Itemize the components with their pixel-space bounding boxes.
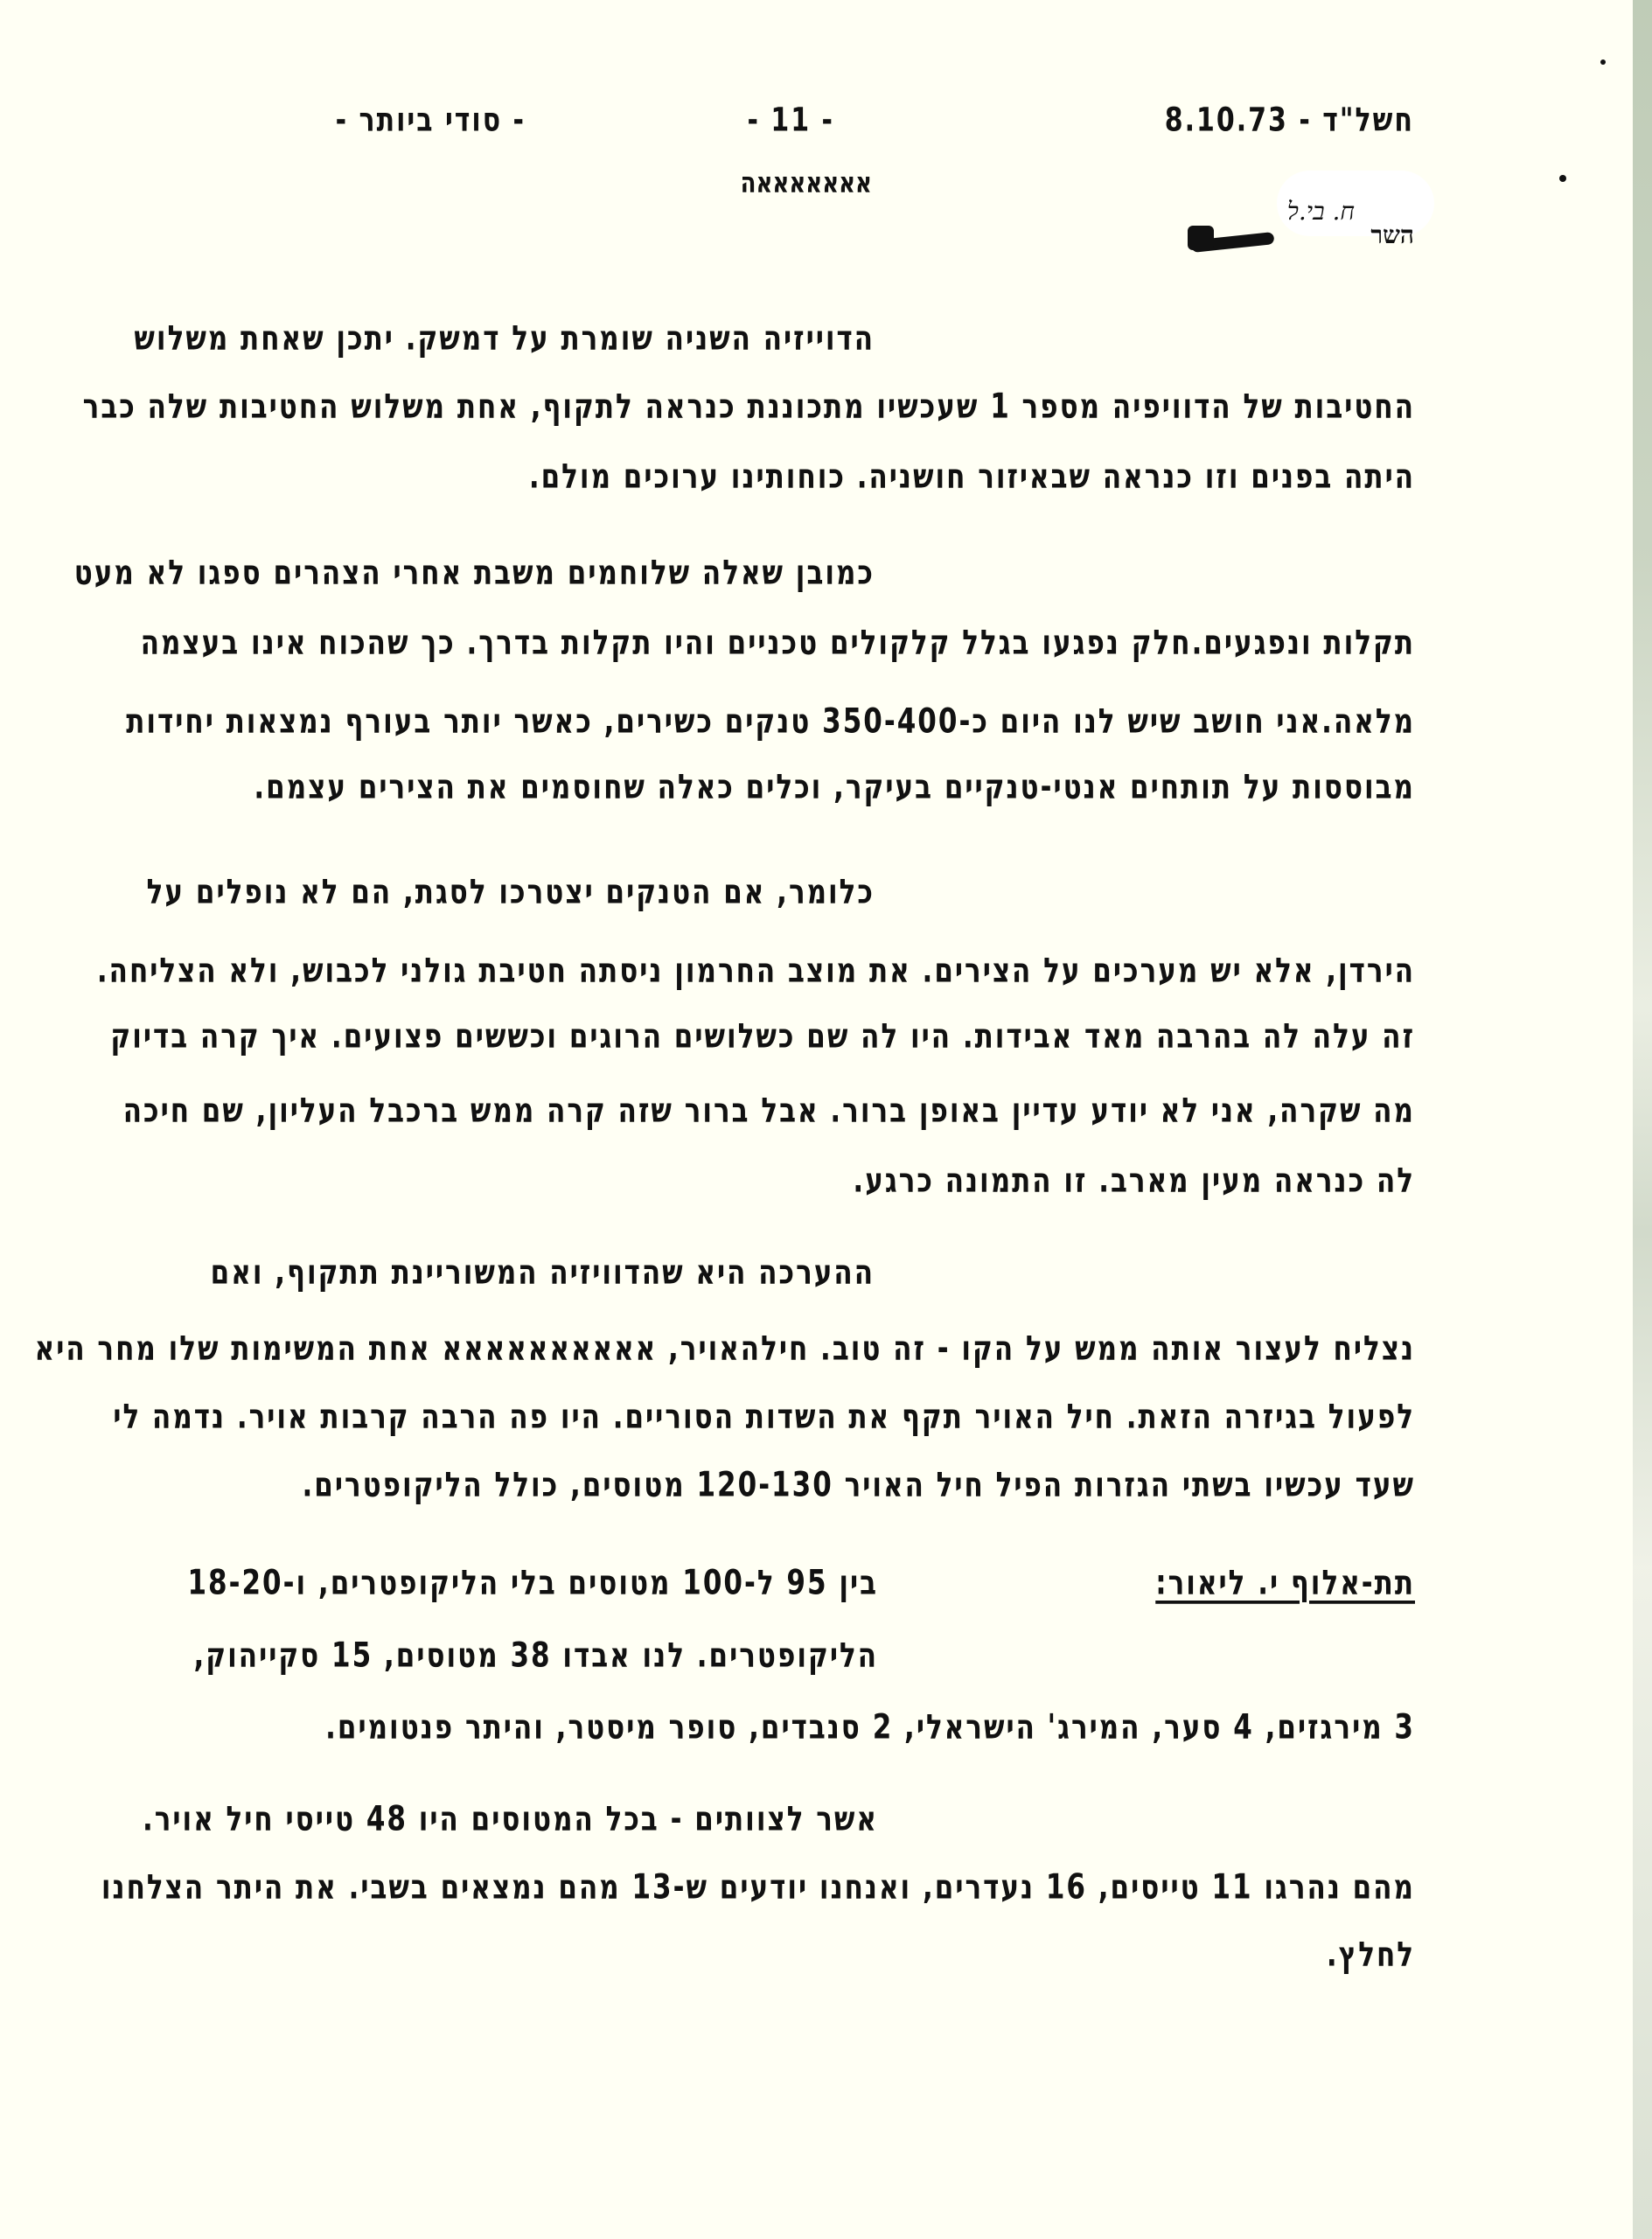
classification-label: - סודי ביותר - <box>336 99 526 143</box>
handwritten-initials: ח. בי.ל <box>1287 197 1355 227</box>
page-edge-shadow <box>1633 0 1652 2239</box>
text-line: לחלץ. <box>1327 1933 1415 1977</box>
text-line: זה עלה לה בהרבה מאד אבידות. היו לה שם כש… <box>110 1015 1415 1058</box>
text-line: מה שקרה, אני לא יודע עדיין באופן ברור. א… <box>123 1089 1415 1133</box>
text-line: הדוייזיה השניה שומרת על דמשק. יתכן שאחת … <box>134 317 875 360</box>
ink-speck <box>1559 175 1566 182</box>
struck-out-text: אאאאאאאה <box>741 162 872 206</box>
text-line: בין 95 ל-100 מטוסים בלי הליקופטרים, ו-18… <box>187 1561 878 1605</box>
document-date: חשל"ד - 8.10.73 <box>1165 99 1414 143</box>
text-line: שעד עכשיו בשתי הגזרות הפיל חיל האויר 120… <box>302 1463 1415 1507</box>
text-line: נצליח לעצור אותה ממש על הקו - זה טוב. חי… <box>35 1327 1415 1371</box>
text-line: החטיבות של הדוויפיה מספר 1 שעכשיו מתכוננ… <box>83 385 1415 429</box>
handwritten-title: השר <box>1370 220 1414 250</box>
speaker-name: תת-אלוף י. ליאור: <box>1155 1561 1415 1605</box>
text-line: תקלות ונפגעים.חלק נפגעו בגלל קלקולים טכנ… <box>141 621 1415 665</box>
strikethrough-scribble <box>1188 226 1214 250</box>
page-number: - 11 - <box>747 99 834 143</box>
text-line: כמובן שאלה שלוחמים משבת אחרי הצהרים ספגו… <box>74 551 875 595</box>
text-line: אשר לצוותים - בכל המטוסים היו 48 טייסי ח… <box>143 1797 878 1841</box>
text-line: מהם נהרגו 11 טייסים, 16 נעדרים, ואנחנו י… <box>101 1866 1415 1909</box>
text-line: היתה בפנים וזו כנראה שבאיזור חושניה. כוח… <box>529 455 1415 499</box>
text-line: לה כנראה מעין מארב. זו התמונה כרגע. <box>853 1159 1415 1203</box>
text-line: מבוססות על תותחים אנטי-טנקיים בעיקר, וכל… <box>254 765 1415 809</box>
text-line: 3 מירגזים, 4 סער, המירג' הישראלי, 2 סנבד… <box>325 1705 1415 1749</box>
ink-speck <box>1600 59 1606 65</box>
text-line: ההערכה היא שהדוויזיה המשוריינת תתקוף, וא… <box>211 1251 875 1294</box>
text-line: הירדן, אלא יש מערכים על הצירים. את מוצב … <box>97 949 1415 993</box>
text-line: הליקופטרים. לנו אבדו 38 מטוסים, 15 סקייה… <box>194 1634 878 1678</box>
document-page: - סודי ביותר - - 11 - חשל"ד - 8.10.73 אא… <box>0 0 1652 2239</box>
text-line: כלומר, אם הטנקים יצטרכו לסגת, הם לא נופל… <box>147 870 875 914</box>
text-line: לפעול בגיזרה הזאת. חיל האויר תקף את השדו… <box>113 1395 1415 1439</box>
text-line: מלאה.אני חושב שיש לנו היום כ-350-400 טנק… <box>126 700 1415 743</box>
